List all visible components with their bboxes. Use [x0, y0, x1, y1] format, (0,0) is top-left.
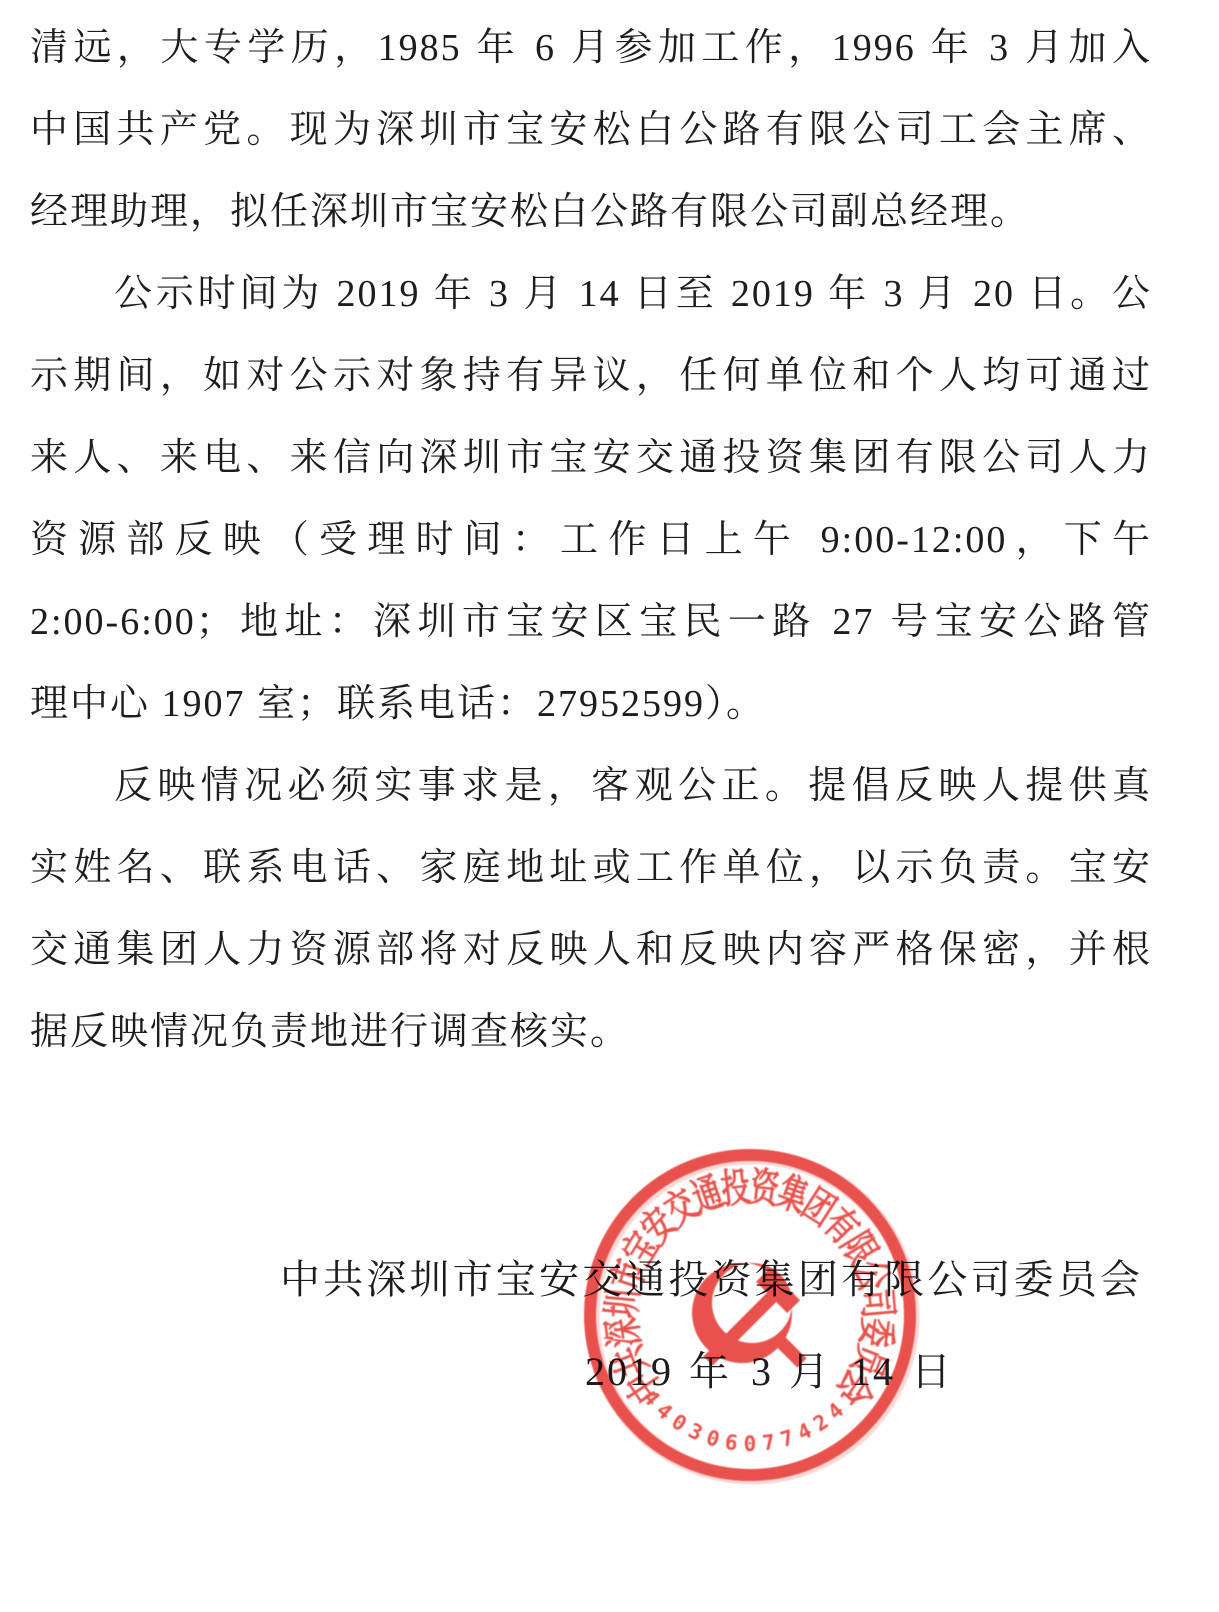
- body-line: 反映情况必须实事求是，客观公正。提倡反映人提供真: [30, 745, 1152, 827]
- sickle-handle: [775, 1336, 806, 1367]
- seal-code: 4403060774241: [638, 1385, 862, 1456]
- hammer-sickle-emblem: [692, 1263, 807, 1368]
- seal-code-digit: 7: [761, 1430, 777, 1456]
- scanned-notice-page: 清远，大专学历，1985 年 6 月参加工作，1996 年 3 月加入 中国共产…: [0, 0, 1219, 1612]
- body-line: 交通集团人力资源部将对反映人和反映内容严格保密，并根: [30, 909, 1152, 991]
- body-line: 2:00-6:00；地址：深圳市宝安区宝民一路 27 号宝安公路管: [30, 581, 1152, 663]
- body-line: 实姓名、联系电话、家庭地址或工作单位，以示负责。宝安: [30, 827, 1152, 909]
- official-party-seal: 中共深圳市宝安交通投资集团有限公司委员会 4403060774241: [550, 1115, 950, 1515]
- body-line: 经理助理，拟任深圳市宝安松白公路有限公司副总经理。: [30, 171, 1152, 253]
- notice-body: 清远，大专学历，1985 年 6 月参加工作，1996 年 3 月加入 中国共产…: [30, 7, 1152, 1073]
- body-line: 据反映情况负责地进行调查核实。: [30, 991, 1152, 1073]
- body-line: 清远，大专学历，1985 年 6 月参加工作，1996 年 3 月加入: [30, 7, 1152, 89]
- body-line: 中国共产党。现为深圳市宝安松白公路有限公司工会主席、: [30, 89, 1152, 171]
- seal-code-digit: 7: [777, 1425, 796, 1452]
- seal-ring-char: 深: [600, 1315, 648, 1350]
- seal-code-digit: 0: [744, 1432, 757, 1456]
- body-line: 示期间，如对公示对象持有异议，任何单位和个人均可通过: [30, 335, 1152, 417]
- body-line: 资源部反映（受理时间：工作日上午 9:00-12:00，下午: [30, 499, 1152, 581]
- seal-code-digit: 6: [723, 1430, 739, 1456]
- seal-code-digit: 0: [703, 1425, 722, 1452]
- body-line: 来人、来电、来信向深圳市宝安交通投资集团有限公司人力: [30, 417, 1152, 499]
- body-line: 公示时间为 2019 年 3 月 14 日至 2019 年 3 月 20 日。公: [30, 253, 1152, 335]
- seal-group: 中共深圳市宝安交通投资集团有限公司委员会 4403060774241: [590, 1155, 912, 1477]
- seal-code-digit: 3: [685, 1418, 707, 1445]
- body-line: 理中心 1907 室；联系电话：27952599）。: [30, 663, 1152, 745]
